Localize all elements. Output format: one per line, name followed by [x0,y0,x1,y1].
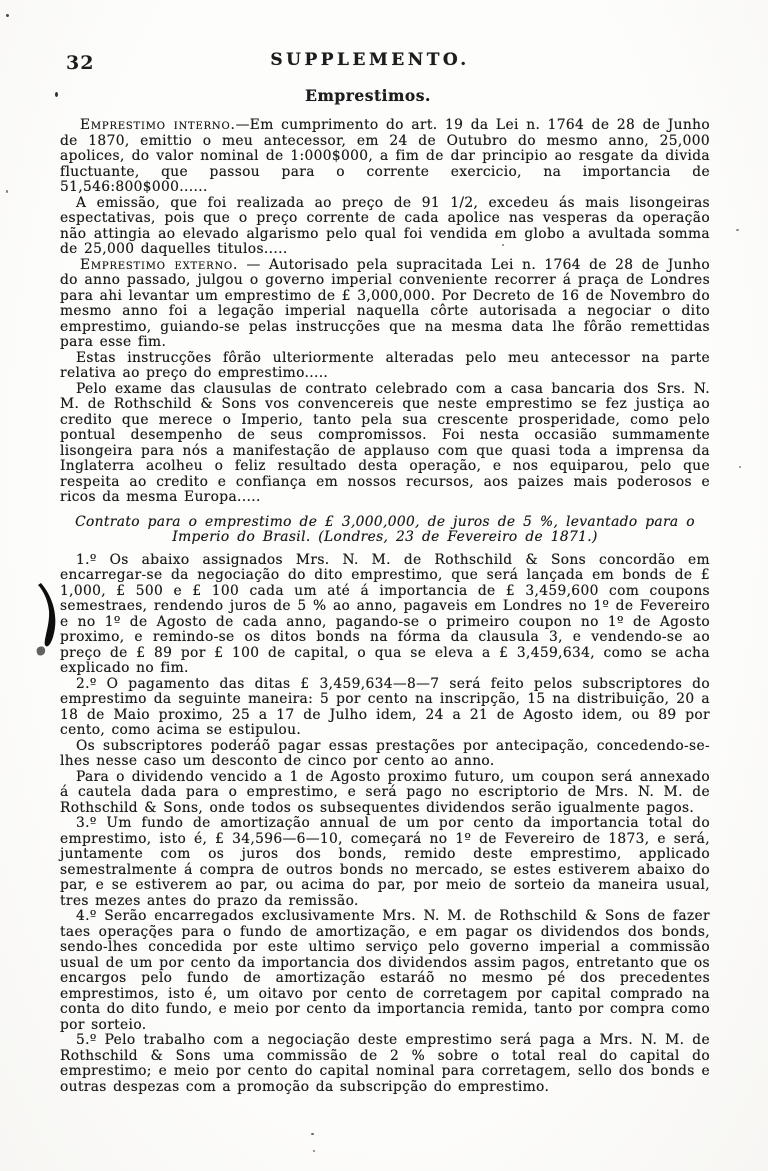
paragraph-instrucoes: Estas instrucções fôrão ulteriormente al… [60,351,710,382]
speck [6,14,9,17]
speck [739,466,741,468]
speck [6,190,8,193]
clause-1: 1.º Os abaixo assignados Mrs. N. M. de R… [60,553,710,677]
paragraph-lead: Emprestimo externo. [80,257,238,273]
paragraph-emprestimo-externo: Emprestimo externo. — Autorisado pela su… [60,258,710,351]
clause-4: 4.º Serão encarregados exclusivamente Mr… [60,909,710,1033]
paragraph-exame-clausulas: Pelo exame das clausulas de contrato cel… [60,382,710,506]
document-page: 32 SUPPLEMENTO. Emprestimos. Emprestimo … [0,0,768,1171]
speck [313,1150,315,1152]
paragraph-lead: Emprestimo interno. [80,117,236,133]
speck [311,1133,314,1135]
paragraph-emissao: A emissão, que foi realizada ao preço de… [60,196,710,258]
speck [736,229,739,231]
clause-3: 3.º Um fundo de amortização annual de um… [60,816,710,909]
clause-2-dividendo: Para o dividendo vencido a 1 de Agosto p… [60,770,710,817]
paragraph-emprestimo-interno: Emprestimo interno.—Em cumprimento do ar… [60,118,710,196]
clause-2-subscriptores: Os subscriptores poderáõ pagar essas pre… [60,739,710,770]
section-title: Emprestimos. [0,86,752,105]
header-title: SUPPLEMENTO. [0,50,754,70]
document-body: Emprestimo interno.—Em cumprimento do ar… [60,118,710,1095]
contract-heading: Contrato para o emprestimo de £ 3,000,00… [60,515,710,546]
clause-5: 5.º Pelo trabalho com a negociação deste… [60,1033,710,1095]
running-head: 32 SUPPLEMENTO. [0,50,768,76]
clause-2: 2.º O pagamento das ditas £ 3,459,634—8—… [60,677,710,739]
